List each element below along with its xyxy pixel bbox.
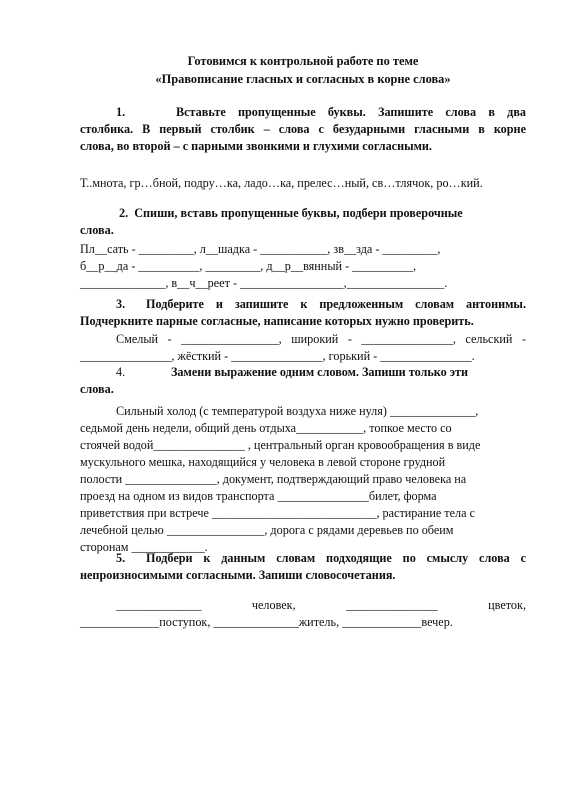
task-number: 3. — [116, 296, 146, 313]
task-4-text: Сильный холод (с температурой воздуха ни… — [80, 403, 526, 556]
task-5-instruction: 5.Подбери к данным словам подходящие по … — [80, 550, 526, 584]
task-number: 5. — [116, 550, 146, 567]
task-1-instruction: 1.Вставьте пропущенные буквы. Запишите с… — [80, 104, 526, 155]
task-3-instruction: 3.Подберите и запишите к предложенным сл… — [80, 296, 526, 330]
task-1-words: Т..мнота, гр…бной, подру…ка, ладо…ка, пр… — [80, 175, 526, 192]
title-line-1: Готовимся к контрольной работе по теме — [80, 54, 526, 69]
task-5-words: ______________ человек, _______________ … — [80, 597, 526, 631]
task-2-instruction: 2. Спиши, вставь пропущенные буквы, подб… — [80, 205, 526, 239]
task-number: 2. — [119, 206, 128, 220]
task-number: 4. — [116, 364, 171, 381]
task-4-instruction: 4.Замени выражение одним словом. Запиши … — [80, 364, 526, 398]
task-3-words: Смелый - ________________, широкий - ___… — [80, 331, 526, 365]
title-line-2: «Правописание гласных и согласных в корн… — [80, 72, 526, 87]
task-2-words: Пл__сать - _________, л__шадка - _______… — [80, 241, 526, 292]
task-number: 1. — [116, 104, 176, 121]
